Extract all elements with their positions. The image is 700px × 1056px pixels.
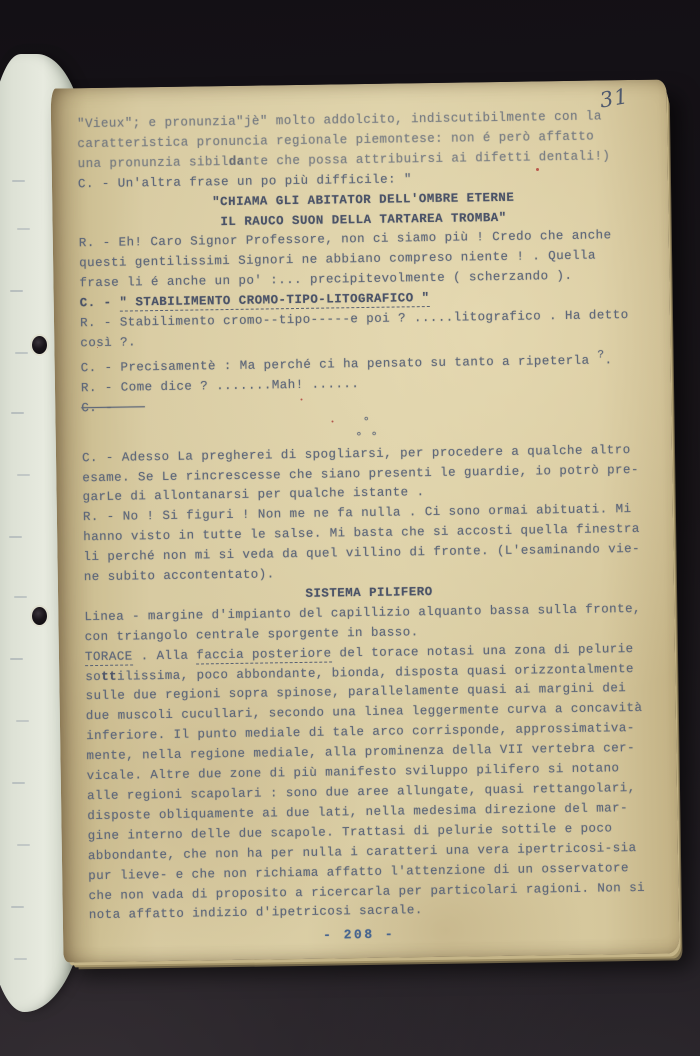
page-number-footer: - 208 - [51,923,667,947]
typed-lines: "Vieux"; e pronunzia"jè" molto addolcito… [77,107,659,927]
binder-hole-top [32,336,47,354]
typewritten-page: 31 "Vieux"; e pronunzia"jè" molto addolc… [51,79,680,962]
binder-hole-bottom [32,607,47,625]
bleed-through-text-marks [8,60,21,62]
red-ink-specks [536,168,539,171]
scanned-book-photo: 31 "Vieux"; e pronunzia"jè" molto addolc… [0,0,700,1056]
